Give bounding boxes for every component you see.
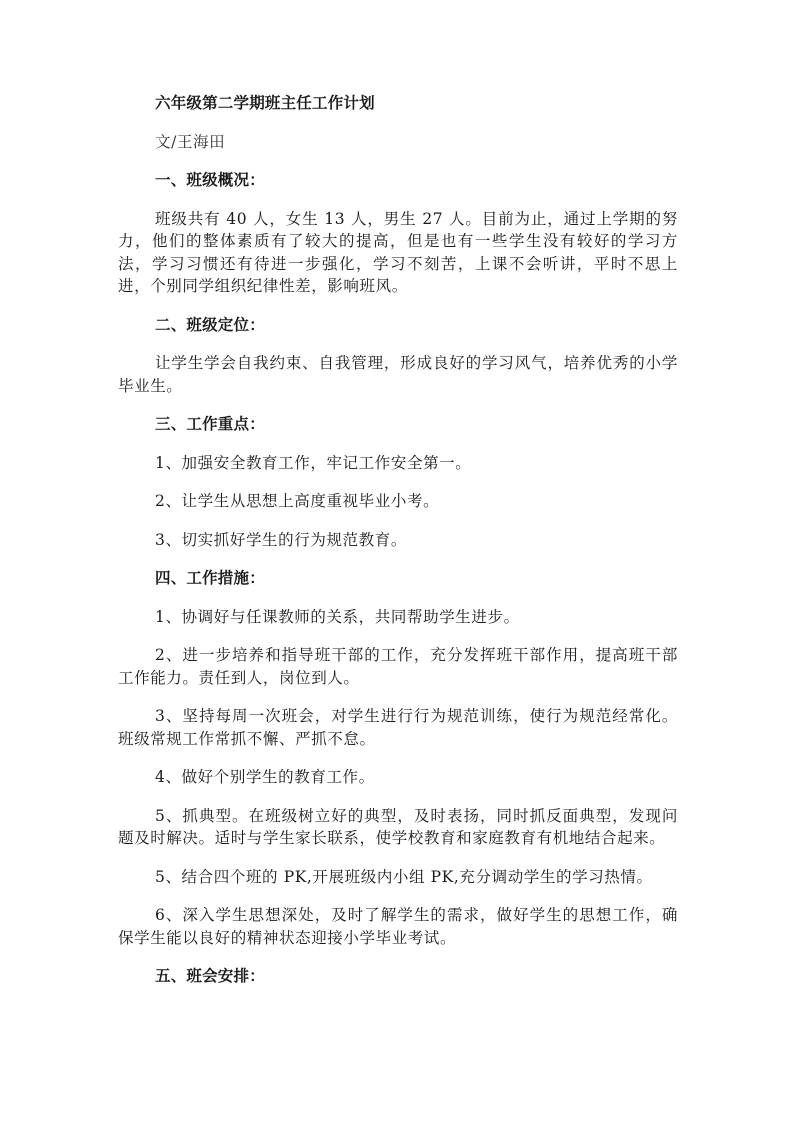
list-item: 5、结合四个班的 PK,开展班级内小组 PK,充分调动学生的学习热情。: [118, 866, 678, 889]
paragraph: 班级共有 40 人，女生 13 人，男生 27 人。目前为止，通过上学期的努力，…: [118, 208, 678, 298]
list-item: 3、切实抓好学生的行为规范教育。: [118, 529, 678, 552]
document-author: 文/王海田: [155, 131, 678, 154]
list-item: 1、协调好与任课教师的关系，共同帮助学生进步。: [118, 606, 678, 629]
section-heading: 四、工作措施：: [155, 567, 678, 590]
section-heading: 二、班级定位：: [155, 314, 678, 337]
section-measures: 四、工作措施： 1、协调好与任课教师的关系，共同帮助学生进步。 2、进一步培养和…: [118, 567, 678, 949]
list-item: 4、做好个别学生的教育工作。: [118, 766, 678, 789]
list-item: 1、加强安全教育工作，牢记工作安全第一。: [118, 452, 678, 475]
document-page: 六年级第二学期班主任工作计划 文/王海田 一、班级概况： 班级共有 40 人，女…: [118, 92, 678, 1004]
paragraph: 让学生学会自我约束、自我管理，形成良好的学习风气，培养优秀的小学毕业生。: [118, 352, 678, 397]
section-key-work: 三、工作重点： 1、加强安全教育工作，牢记工作安全第一。 2、让学生从思想上高度…: [118, 413, 678, 551]
list-item: 5、抓典型。在班级树立好的典型，及时表扬，同时抓反面典型，发现问题及时解决。适时…: [118, 805, 678, 850]
list-item: 2、进一步培养和指导班干部的工作，充分发挥班干部作用，提高班干部工作能力。责任到…: [118, 644, 678, 689]
section-overview: 一、班级概况： 班级共有 40 人，女生 13 人，男生 27 人。目前为止，通…: [118, 169, 678, 298]
list-item: 3、坚持每周一次班会，对学生进行行为规范训练，使行为规范经常化。班级常规工作常抓…: [118, 705, 678, 750]
section-heading: 三、工作重点：: [155, 413, 678, 436]
section-class-meetings: 五、班会安排：: [118, 965, 678, 988]
document-title: 六年级第二学期班主任工作计划: [155, 92, 678, 115]
section-positioning: 二、班级定位： 让学生学会自我约束、自我管理，形成良好的学习风气，培养优秀的小学…: [118, 314, 678, 398]
section-heading: 一、班级概况：: [155, 169, 678, 192]
section-heading: 五、班会安排：: [155, 965, 678, 988]
list-item: 6、深入学生思想深处，及时了解学生的需求，做好学生的思想工作，确保学生能以良好的…: [118, 904, 678, 949]
list-item: 2、让学生从思想上高度重视毕业小考。: [118, 490, 678, 513]
